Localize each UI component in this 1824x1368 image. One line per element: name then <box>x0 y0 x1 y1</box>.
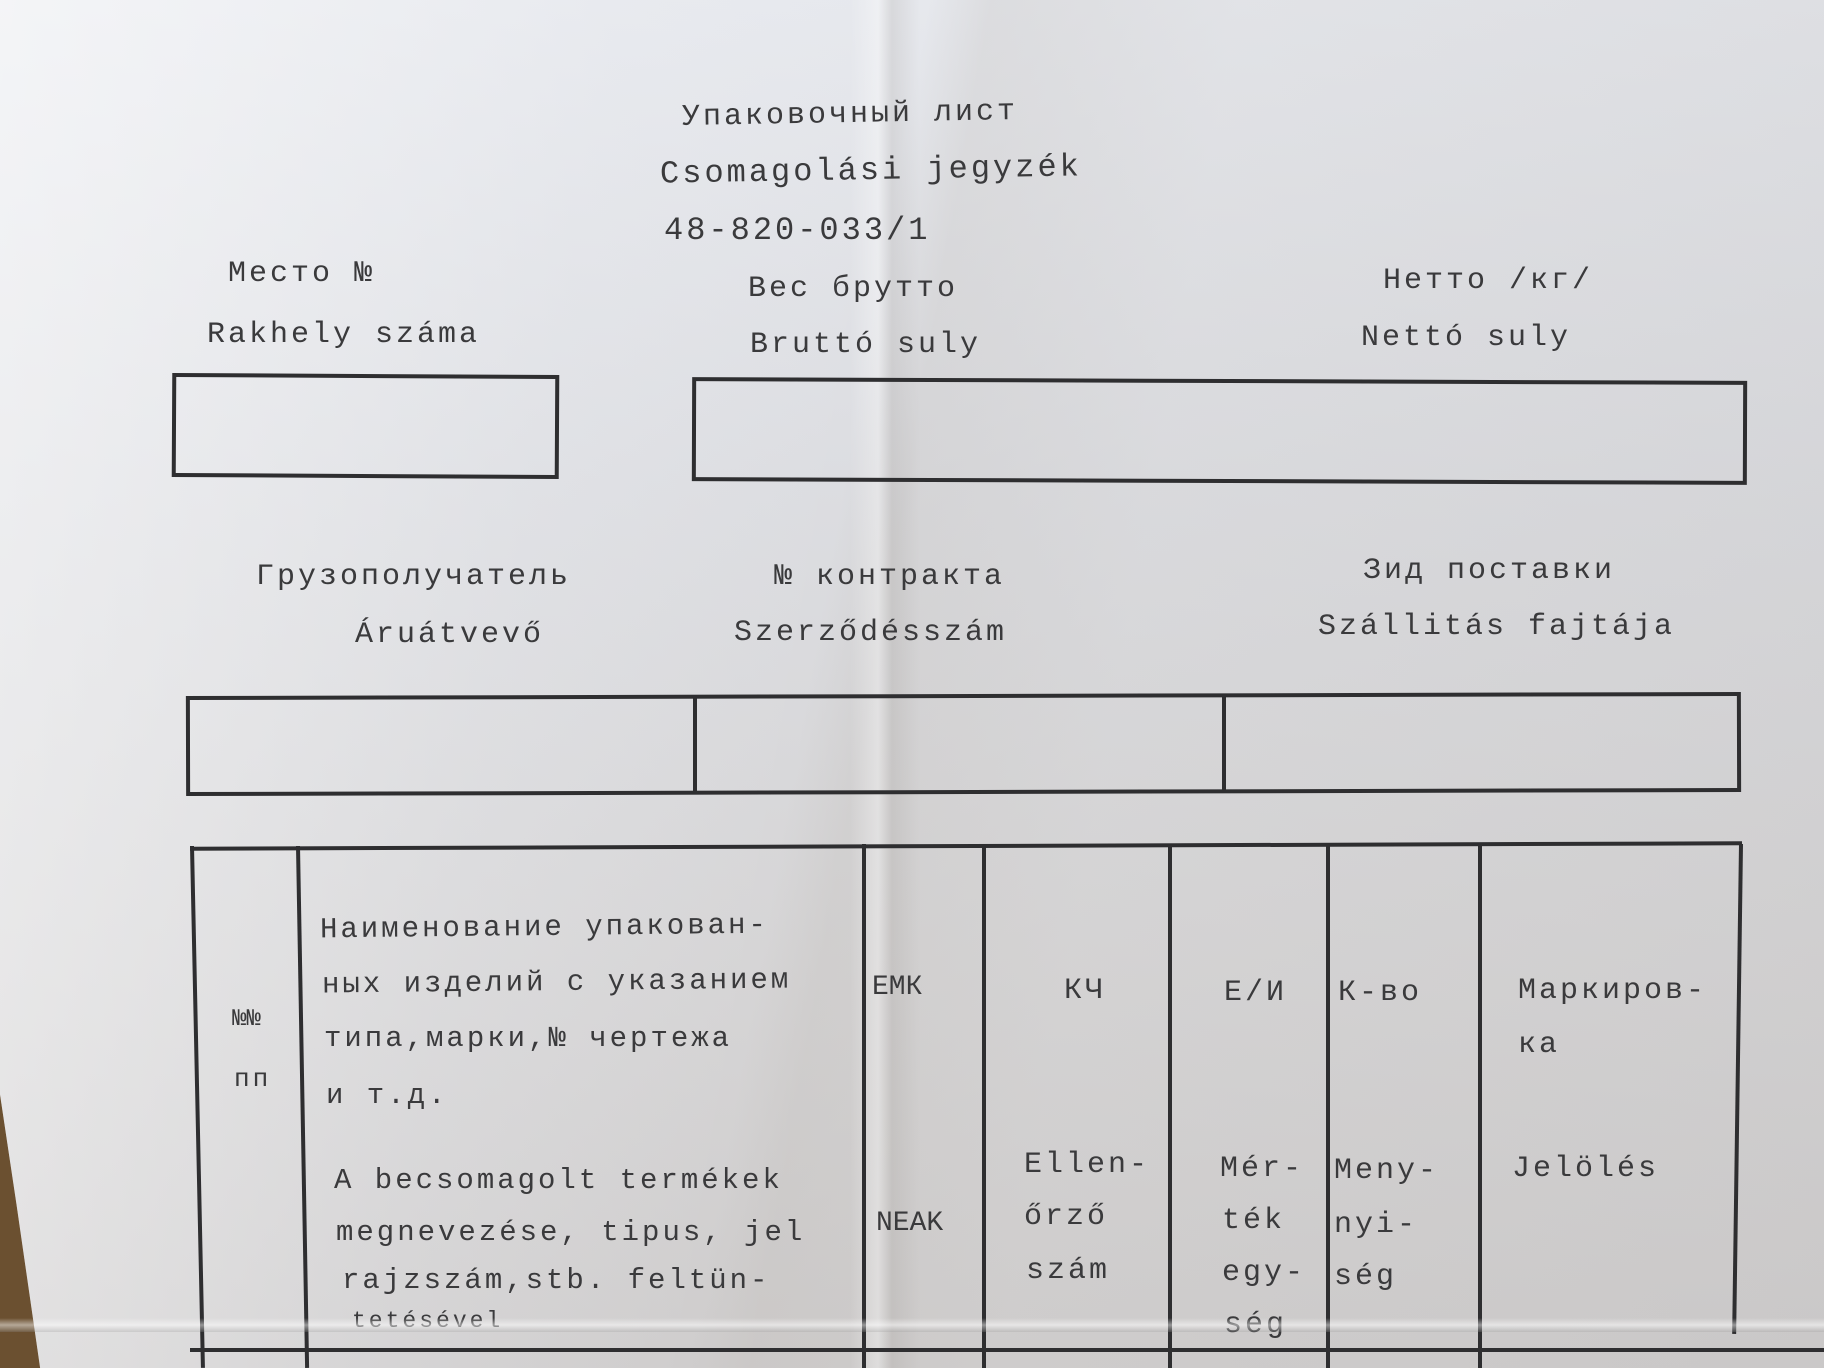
column-divider <box>982 844 986 1368</box>
net-weight-label-ru: Нетто /кг/ <box>1383 266 1593 296</box>
header-text: №№ <box>232 1008 261 1032</box>
form-number: 48-820-033/1 <box>664 215 930 247</box>
contract-no-label-ru: № контракта <box>774 562 1005 592</box>
net-weight-label-hu: Nettó suly <box>1361 323 1571 353</box>
header-text: szám <box>1026 1256 1110 1286</box>
header-text: Е/И <box>1224 978 1287 1008</box>
header-text: Наименование упакован- <box>320 911 769 945</box>
contract-no-label-hu: Szerződésszám <box>734 618 1007 648</box>
header-text: Meny- <box>1334 1156 1439 1186</box>
header-text: К-во <box>1338 978 1422 1008</box>
header-text: ség <box>1224 1310 1287 1340</box>
header-text: nyi- <box>1334 1210 1418 1240</box>
place-no-label-ru: Место № <box>228 259 375 289</box>
header-text: типа,марки,№ чертежа <box>324 1024 732 1053</box>
header-text: megnevezése, tipus, jel <box>336 1218 805 1247</box>
header-text: rajzszám,stb. feltün- <box>342 1266 770 1295</box>
header-text: ка <box>1518 1030 1560 1060</box>
header-text: őrző <box>1024 1202 1108 1232</box>
title-ru: Упаковочный лист <box>682 97 1019 133</box>
consignee-label-hu: Áruátvevő <box>355 620 544 650</box>
contract-no-field[interactable] <box>697 698 1222 790</box>
weight-field[interactable] <box>692 377 1747 485</box>
header-text: ЕМК <box>872 974 922 1002</box>
column-divider <box>1168 844 1172 1368</box>
header-text: tetésével <box>352 1310 503 1333</box>
delivery-type-label-ru: Зид поставки <box>1363 556 1615 586</box>
header-text: ség <box>1334 1262 1397 1292</box>
table-row-divider <box>190 1348 1824 1352</box>
header-text: ték <box>1222 1206 1285 1236</box>
header-text: NEAK <box>876 1210 943 1238</box>
header-text: egy- <box>1222 1258 1306 1288</box>
place-no-label-hu: Rakhely száma <box>207 320 480 350</box>
gross-weight-label-ru: Вес брутто <box>748 274 958 304</box>
delivery-type-label-hu: Szállitás fajtája <box>1318 612 1675 642</box>
header-text: ных изделий с указанием <box>322 966 792 1000</box>
header-text: Jelölés <box>1512 1154 1659 1184</box>
place-no-field[interactable] <box>172 373 560 479</box>
header-text: A becsomagolt termékek <box>334 1166 783 1195</box>
consignee-label-ru: Грузополучатель <box>256 562 571 592</box>
gross-weight-label-hu: Bruttó suly <box>750 330 981 360</box>
consignee-field[interactable] <box>190 698 693 790</box>
header-text: Ellen- <box>1024 1150 1150 1180</box>
column-divider <box>1326 844 1330 1368</box>
header-text: Маркиров- <box>1518 976 1707 1006</box>
column-divider <box>862 844 866 1368</box>
title-hu: Csomagolási jegyzék <box>660 151 1082 190</box>
delivery-type-field[interactable] <box>1226 698 1736 790</box>
header-text: Mér- <box>1220 1154 1304 1184</box>
header-text: пп <box>234 1066 271 1092</box>
header-text: и т.д. <box>326 1081 448 1110</box>
column-divider <box>1478 844 1482 1368</box>
header-text: КЧ <box>1064 976 1106 1006</box>
